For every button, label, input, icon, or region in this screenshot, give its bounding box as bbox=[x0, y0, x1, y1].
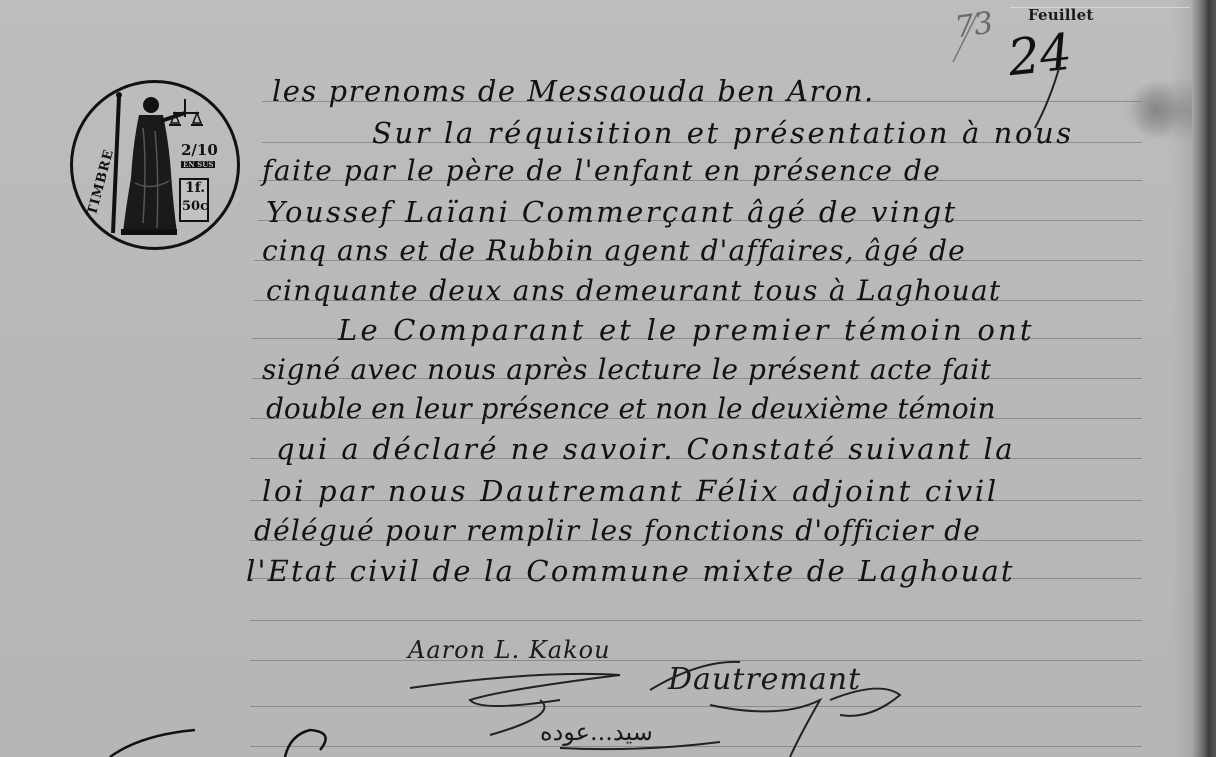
stamp-price-francs: 1f. bbox=[185, 181, 205, 195]
ruled-line bbox=[250, 706, 1142, 707]
handwritten-line: les prenoms de Messaouda ben Aron. bbox=[272, 74, 875, 108]
handwritten-line: loi par nous Dautremant Félix adjoint ci… bbox=[262, 474, 999, 508]
signature-officer: Dautremant bbox=[668, 662, 861, 697]
handwritten-line: l'Etat civil de la Commune mixte de Lagh… bbox=[246, 554, 1015, 588]
handwritten-line: faite par le père de l'enfant en présenc… bbox=[262, 154, 941, 187]
handwritten-line: qui a déclaré ne savoir. Constaté suivan… bbox=[276, 432, 1015, 466]
handwritten-line: double en leur présence et non le deuxiè… bbox=[266, 392, 996, 425]
handwritten-line: cinq ans et de Rubbin agent d'affaires, … bbox=[262, 234, 966, 267]
handwritten-line: Le Comparant et le premier témoin ont bbox=[338, 313, 1035, 347]
handwritten-line: Sur la réquisition et présentation à nou… bbox=[372, 116, 1074, 150]
signature-arabic: سيد...عوده bbox=[540, 718, 653, 746]
feuillet-label: Feuillet bbox=[1028, 6, 1093, 24]
stamp-fraction: 2/10 bbox=[181, 143, 218, 158]
stamp-price-centimes: 50c bbox=[182, 200, 208, 213]
ruled-line bbox=[250, 660, 1142, 661]
document-page: Feuillet 73 24 TIMBRE 2/10 bbox=[0, 0, 1216, 757]
signature-witness: Aaron L. Kakou bbox=[408, 636, 611, 664]
folio-number-pencil: 73 bbox=[953, 6, 996, 46]
page-binding-edge bbox=[1192, 0, 1216, 757]
folio-number-ink: 24 bbox=[1006, 27, 1075, 83]
ink-smudge bbox=[1130, 80, 1180, 140]
tax-stamp: TIMBRE 2/10 EN SUS 1f. 50c bbox=[70, 80, 240, 250]
handwritten-line: signé avec nous après lecture le présent… bbox=[262, 353, 992, 386]
ruled-line bbox=[250, 620, 1142, 621]
handwritten-line: Youssef Laïani Commerçant âgé de vingt bbox=[266, 195, 958, 229]
stamp-fraction-sub: EN SUS bbox=[181, 161, 215, 168]
ruled-line bbox=[250, 746, 1142, 747]
handwritten-line: délégué pour remplir les fonctions d'off… bbox=[254, 514, 981, 547]
handwritten-line: cinquante deux ans demeurant tous à Lagh… bbox=[266, 274, 1002, 307]
